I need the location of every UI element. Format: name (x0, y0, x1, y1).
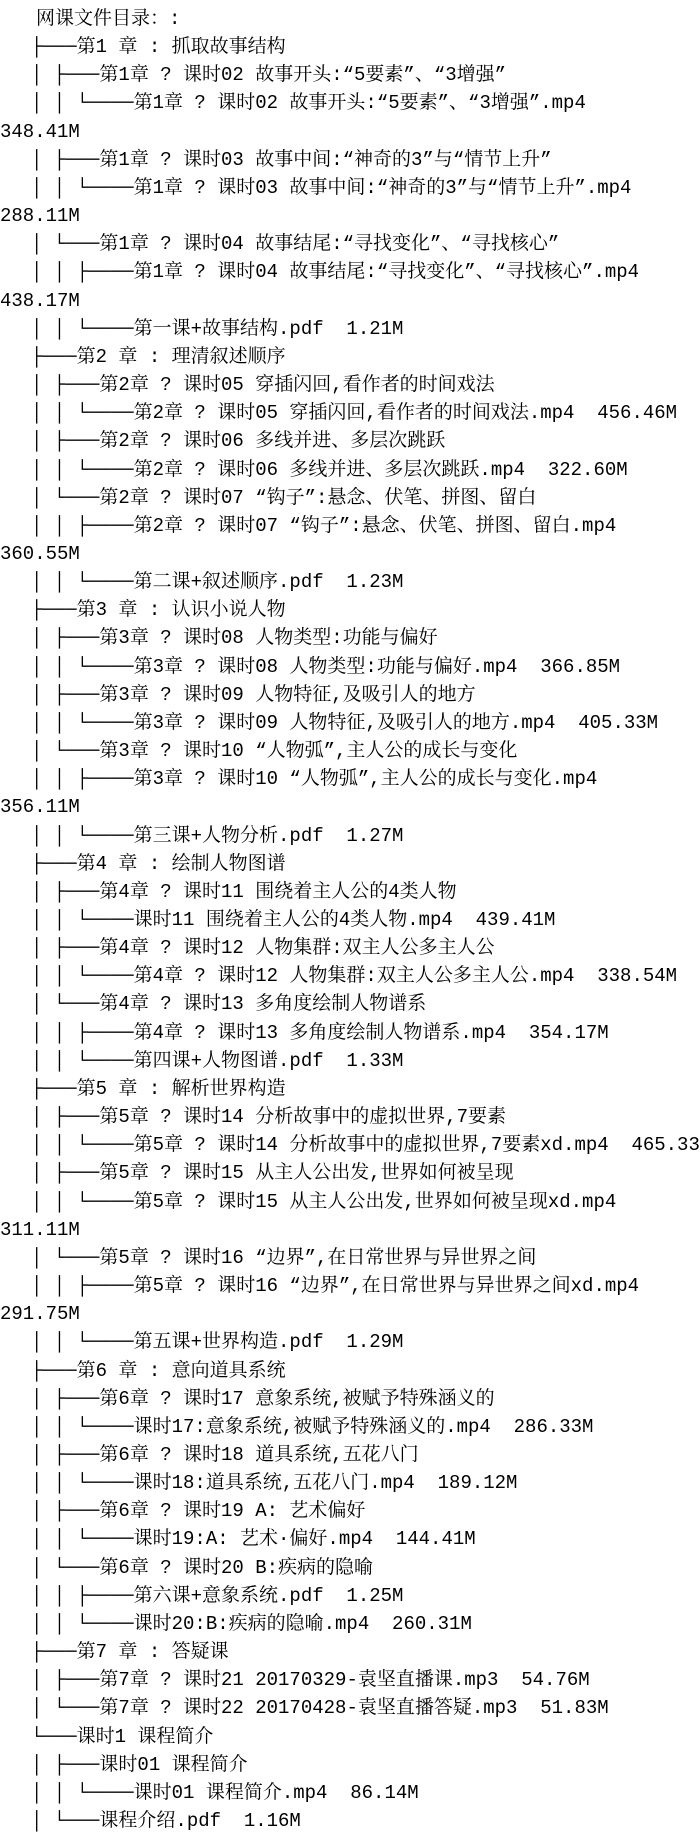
tree-line: │ └───第2章 ? 课时07 “钩子”:悬念、伏笔、拼图、留白 (0, 484, 700, 512)
tree-line: │ │ └────第2章 ? 课时05 穿插闪回,看作者的时间戏法.mp4 45… (0, 399, 700, 427)
wrapped-file-size: 311.11M (0, 1216, 700, 1244)
tree-line: │ ├───第4章 ? 课时11 围绕着主人公的4类人物 (0, 878, 700, 906)
tree-line: │ │ ├────第3章 ? 课时10 “人物弧”,主人公的成长与变化.mp4 (0, 765, 700, 793)
tree-line: │ │ └────第五课+世界构造.pdf 1.29M (0, 1328, 700, 1356)
tree-line: │ │ └────课时11 围绕着主人公的4类人物.mp4 439.41M (0, 906, 700, 934)
tree-line: │ │ └────第1章 ? 课时02 故事开头:“5要素”、“3增强”.mp4 (0, 89, 700, 117)
tree-line: │ │ └────课时20:B:疾病的隐喻.mp4 260.31M (0, 1610, 700, 1638)
tree-line: │ │ └────第二课+叙述顺序.pdf 1.23M (0, 568, 700, 596)
tree-line: │ ├───课时01 课程简介 (0, 1751, 700, 1779)
course-directory-listing: 网课文件目录：: ├───第1 章 : 抓取故事结构│ ├───第1章 ? 课时… (0, 0, 700, 1836)
tree-line: │ │ └────第四课+人物图谱.pdf 1.33M (0, 1047, 700, 1075)
tree-line: │ ├───第6章 ? 课时18 道具系统,五花八门 (0, 1441, 700, 1469)
tree-line: │ │ ├────第5章 ? 课时16 “边界”,在日常世界与异世界之间xd.m… (0, 1272, 700, 1300)
tree-line: │ ├───第6章 ? 课时19 A: 艺术偏好 (0, 1497, 700, 1525)
tree-line: │ │ └────课时01 课程简介.mp4 86.14M (0, 1779, 700, 1807)
tree-line: │ ├───第5章 ? 课时15 从主人公出发,世界如何被呈现 (0, 1159, 700, 1187)
tree-line: │ │ └────第5章 ? 课时14 分析故事中的虚拟世界,7要素xd.mp4… (0, 1131, 700, 1159)
tree-line: └───课时1 课程简介 (0, 1723, 700, 1751)
tree-line: ├───第3 章 : 认识小说人物 (0, 596, 700, 624)
tree-line: │ └───第5章 ? 课时16 “边界”,在日常世界与异世界之间 (0, 1244, 700, 1272)
tree-line: │ └───课程介绍.pdf 1.16M (0, 1807, 700, 1835)
tree-line: │ ├───第1章 ? 课时03 故事中间:“神奇的3”与“情节上升” (0, 146, 700, 174)
tree-line: │ ├───第3章 ? 课时09 人物特征,及吸引人的地方 (0, 681, 700, 709)
tree-line: ├───第5 章 : 解析世界构造 (0, 1075, 700, 1103)
wrapped-file-size: 348.41M (0, 118, 700, 146)
tree-line: │ └───第6章 ? 课时20 B:疾病的隐喻 (0, 1554, 700, 1582)
wrapped-file-size: 360.55M (0, 540, 700, 568)
tree-line: │ │ └────课时19:A: 艺术·偏好.mp4 144.41M (0, 1525, 700, 1553)
tree-line: ├───第6 章 : 意向道具系统 (0, 1357, 700, 1385)
wrapped-file-size: 291.75M (0, 1300, 700, 1328)
directory-title: 网课文件目录：: (0, 5, 700, 33)
tree-line: ├───第1 章 : 抓取故事结构 (0, 33, 700, 61)
tree-line: │ │ └────第三课+人物分析.pdf 1.27M (0, 822, 700, 850)
tree-line: │ └───第1章 ? 课时04 故事结尾:“寻找变化”、“寻找核心” (0, 230, 700, 258)
tree-line: │ │ └────第4章 ? 课时12 人物集群:双主人公多主人公.mp4 33… (0, 962, 700, 990)
tree-line: ├───第4 章 : 绘制人物图谱 (0, 850, 700, 878)
tree-line: │ ├───第2章 ? 课时06 多线并进、多层次跳跃 (0, 427, 700, 455)
tree-line: │ │ └────第一课+故事结构.pdf 1.21M (0, 315, 700, 343)
tree-line: │ │ └────第3章 ? 课时09 人物特征,及吸引人的地方.mp4 405… (0, 709, 700, 737)
tree-line: ├───第7 章 : 答疑课 (0, 1638, 700, 1666)
directory-tree: ├───第1 章 : 抓取故事结构│ ├───第1章 ? 课时02 故事开头:“… (0, 33, 700, 1835)
wrapped-file-size: 438.17M (0, 287, 700, 315)
tree-line: │ └───第3章 ? 课时10 “人物弧”,主人公的成长与变化 (0, 737, 700, 765)
tree-line: │ └───第4章 ? 课时13 多角度绘制人物谱系 (0, 990, 700, 1018)
tree-line: │ ├───第5章 ? 课时14 分析故事中的虚拟世界,7要素 (0, 1103, 700, 1131)
tree-line: │ │ └────第3章 ? 课时08 人物类型:功能与偏好.mp4 366.8… (0, 653, 700, 681)
tree-line: │ │ └────第1章 ? 课时03 故事中间:“神奇的3”与“情节上升”.m… (0, 174, 700, 202)
tree-line: │ ├───第7章 ? 课时21 20170329-袁坚直播课.mp3 54.7… (0, 1666, 700, 1694)
tree-line: │ │ └────课时17:意象系统,被赋予特殊涵义的.mp4 286.33M (0, 1413, 700, 1441)
tree-line: │ │ └────课时18:道具系统,五花八门.mp4 189.12M (0, 1469, 700, 1497)
tree-line: │ │ ├────第4章 ? 课时13 多角度绘制人物谱系.mp4 354.17… (0, 1019, 700, 1047)
tree-line: │ ├───第6章 ? 课时17 意象系统,被赋予特殊涵义的 (0, 1385, 700, 1413)
tree-line: │ │ └────第2章 ? 课时06 多线并进、多层次跳跃.mp4 322.6… (0, 456, 700, 484)
tree-line: ├───第2 章 : 理清叙述顺序 (0, 343, 700, 371)
tree-line: │ ├───第4章 ? 课时12 人物集群:双主人公多主人公 (0, 934, 700, 962)
tree-line: │ │ └────第5章 ? 课时15 从主人公出发,世界如何被呈现xd.mp4 (0, 1188, 700, 1216)
tree-line: │ ├───第3章 ? 课时08 人物类型:功能与偏好 (0, 624, 700, 652)
tree-line: │ │ ├────第六课+意象系统.pdf 1.25M (0, 1582, 700, 1610)
tree-line: │ └───第7章 ? 课时22 20170428-袁坚直播答疑.mp3 51.… (0, 1694, 700, 1722)
tree-line: │ │ ├────第2章 ? 课时07 “钩子”:悬念、伏笔、拼图、留白.mp4 (0, 512, 700, 540)
tree-line: │ │ ├────第1章 ? 课时04 故事结尾:“寻找变化”、“寻找核心”.m… (0, 258, 700, 286)
tree-line: │ ├───第1章 ? 课时02 故事开头:“5要素”、“3增强” (0, 61, 700, 89)
wrapped-file-size: 288.11M (0, 202, 700, 230)
wrapped-file-size: 356.11M (0, 793, 700, 821)
tree-line: │ ├───第2章 ? 课时05 穿插闪回,看作者的时间戏法 (0, 371, 700, 399)
